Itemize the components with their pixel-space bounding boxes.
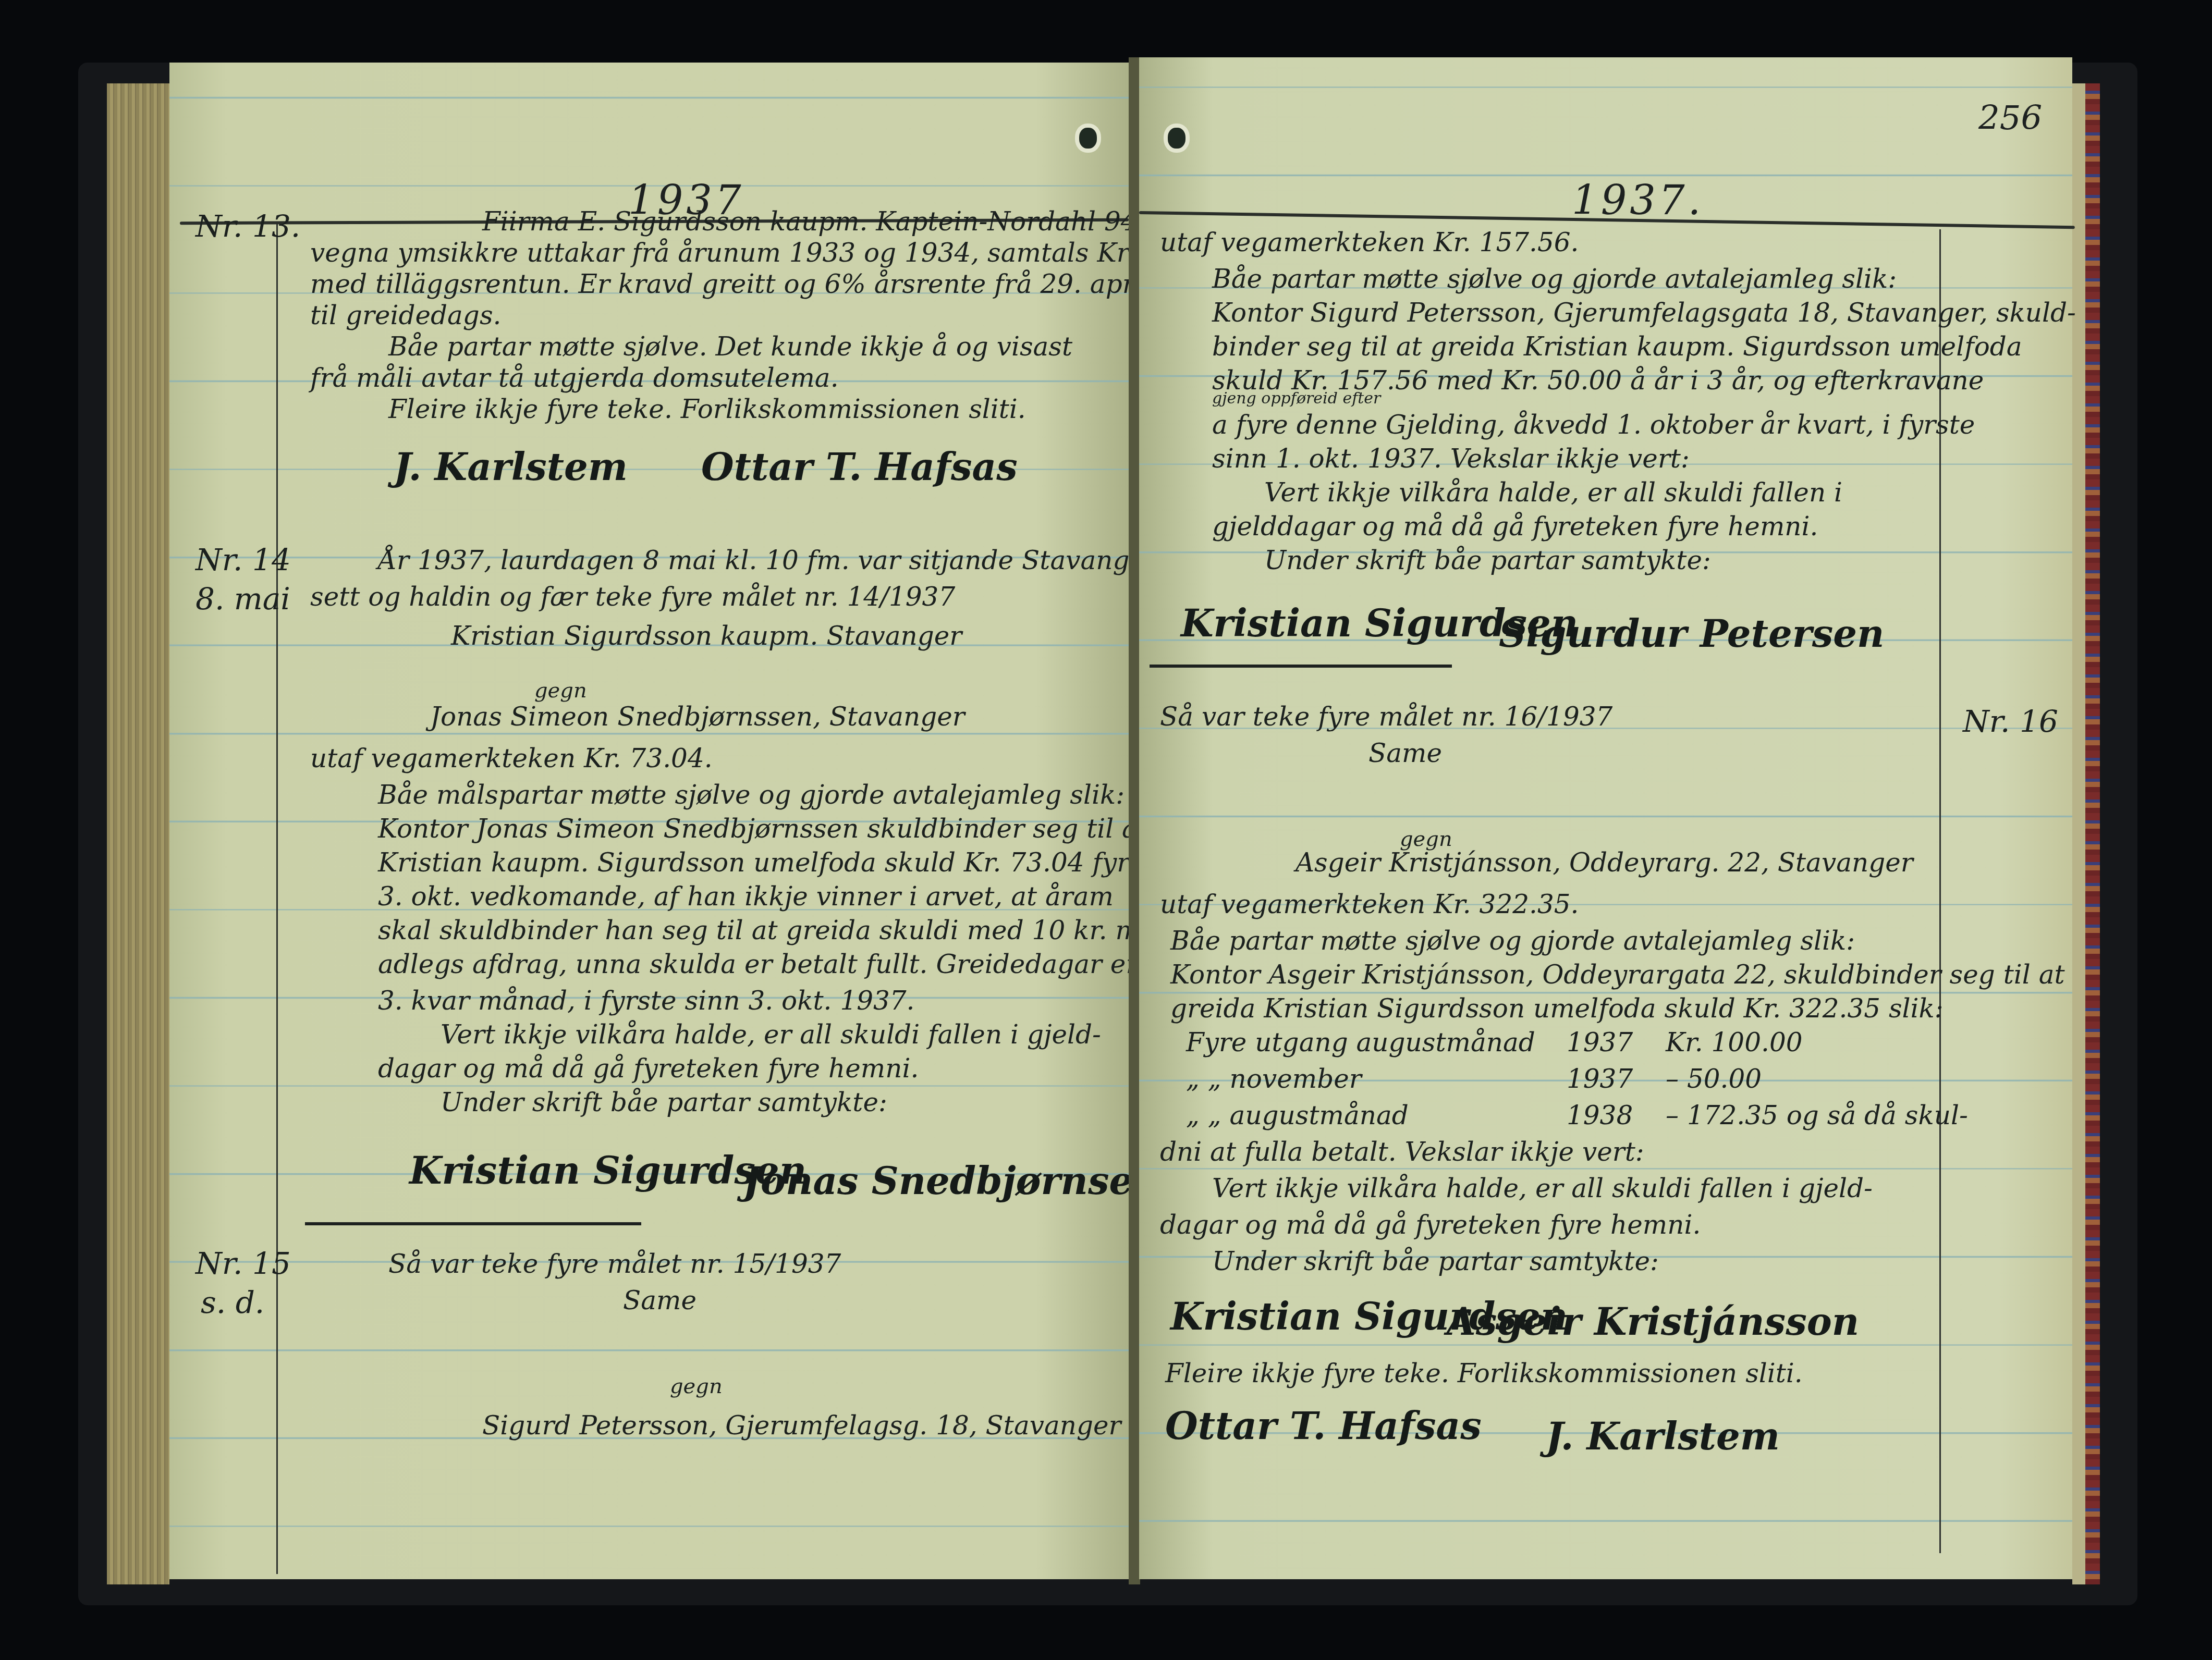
- margin-column-rule: [276, 224, 278, 1574]
- entry-line: sett og haldin og fær teke fyre målet nr…: [310, 584, 955, 610]
- entry-line: Båe partar møtte sjølve. Det kunde ikkje…: [388, 334, 1072, 360]
- schedule-year: 1937: [1567, 1029, 1633, 1055]
- entry-line: Kristian kaupm. Sigurdsson umelfoda skul…: [378, 850, 1145, 876]
- entry-line: Båe partar møtte sjølve og gjorde avtale…: [1212, 266, 1897, 292]
- schedule-label: Fyre utgang augustmånad: [1186, 1029, 1535, 1055]
- closing-line: Fleire ikkje fyre teke. Forlikskommissio…: [1165, 1360, 1803, 1386]
- entry-line: Så var teke fyre målet nr. 15/1937: [388, 1251, 841, 1277]
- entry-line: utaf vegamerkteken Kr. 73.04.: [310, 745, 713, 771]
- entry-line: dagar og må då gå fyreteken fyre hemni.: [378, 1055, 919, 1081]
- right-page: 1937. 256 utaf vegamerkteken Kr. 157.56.…: [1139, 57, 2072, 1579]
- entry-line: Asgeir Kristjánsson, Oddeyrarg. 22, Stav…: [1296, 850, 1913, 876]
- entry-number: Nr. 16: [1963, 706, 2058, 736]
- entry-line: Båe partar møtte sjølve og gjorde avtale…: [1170, 928, 1855, 954]
- entry-line: Vert ikkje vilkåra halde, er all skuldi …: [1264, 479, 1842, 506]
- signature: J. Karlstem: [1546, 1418, 1780, 1455]
- entry-number: Nr. 13.: [195, 211, 300, 241]
- signature-underline: [305, 1222, 641, 1225]
- entry-line: utaf vegamerkteken Kr. 322.35.: [1160, 891, 1579, 917]
- binding-hole: [1168, 128, 1186, 149]
- entry-line: Kontor Asgeir Kristjánsson, Oddeyrargata…: [1170, 962, 2065, 988]
- entry-line: 3. okt. vedkomande, af han ikkje vinner …: [378, 883, 1114, 909]
- entry-line: dagar og må då gå fyreteken fyre hemni.: [1160, 1212, 1701, 1238]
- entry-line: Sigurd Petersson, Gjerumfelagsg. 18, Sta…: [482, 1412, 1121, 1438]
- book-gutter: [1129, 57, 1140, 1584]
- entry-number: Nr. 15: [195, 1248, 291, 1278]
- signature: Jonas Snedbjørnsen: [743, 1162, 1160, 1200]
- entry-line: Vert ikkje vilkåra halde, er all skuldi …: [441, 1022, 1101, 1048]
- entry-line: frå måli avtar tå utgjerda domsutelema.: [310, 365, 839, 391]
- entry-line: Kontor Sigurd Petersson, Gjerumfelagsgat…: [1212, 300, 2076, 326]
- marbled-edge: [2085, 83, 2100, 1584]
- entry-line: med tilläggsrentun. Er kravd greitt og 6…: [310, 271, 1226, 297]
- page-stack-left: [107, 83, 169, 1584]
- page-number: 256: [1978, 99, 2042, 138]
- entry-line: greida Kristian Sigurdsson umelfoda skul…: [1170, 995, 1944, 1022]
- entry-line: Under skrift båe partar samtykte:: [1212, 1248, 1659, 1274]
- schedule-year: 1937: [1567, 1066, 1633, 1092]
- schedule-amount: – 172.35 og så då skul-: [1666, 1102, 1968, 1128]
- entry-line: År 1937, laurdagen 8 mai kl. 10 fm. var …: [378, 547, 1157, 573]
- signature: Ottar T. Hafsas: [1165, 1407, 1482, 1445]
- entry-line: Kontor Jonas Simeon Snedbjørnssen skuldb…: [378, 816, 1241, 842]
- entry-line: adlegs afdrag, unna skulda er betalt ful…: [378, 951, 1138, 977]
- entry-line: dni at fulla betalt. Vekslar ikkje vert:: [1160, 1139, 1644, 1165]
- gegen-label: gegn: [534, 680, 587, 701]
- entry-line: Båe målspartar møtte sjølve og gjorde av…: [378, 782, 1125, 808]
- schedule-label: „ „ november: [1186, 1066, 1362, 1092]
- gegen-label: gegn: [670, 1376, 723, 1397]
- entry-line: Jonas Simeon Snedbjørnssen, Stavanger: [430, 704, 965, 730]
- entry-number: Nr. 14: [195, 545, 291, 575]
- entry-line: Kristian Sigurdsson kaupm. Stavanger: [451, 623, 962, 649]
- entry-line: binder seg til at greida Kristian kaupm.…: [1212, 334, 2022, 360]
- schedule-amount: Kr. 100.00: [1666, 1029, 1803, 1055]
- entry-line: 3. kvar månad, i fyrste sinn 3. okt. 193…: [378, 988, 915, 1014]
- page-year: 1937.: [1572, 177, 1704, 224]
- entry-line: Fleire ikkje fyre teke. Forlikskommissio…: [388, 396, 1026, 422]
- entry-line: vegna ymsikkre uttakar frå årunum 1933 o…: [310, 240, 1234, 266]
- schedule-year: 1938: [1567, 1102, 1633, 1128]
- gegen-label: gegn: [1400, 829, 1452, 850]
- signature: Ottar T. Hafsas: [701, 448, 1018, 486]
- entry-line: Under skrift båe partar samtykte:: [441, 1089, 887, 1115]
- entry-line: sinn 1. okt. 1937. Vekslar ikkje vert:: [1212, 446, 1690, 472]
- entry-line: til greidedags.: [310, 302, 501, 328]
- entry-line: utaf vegamerkteken Kr. 157.56.: [1160, 229, 1579, 255]
- entry-line: gjelddagar og må då gå fyreteken fyre he…: [1212, 513, 1818, 539]
- interlinear-note: gjeng oppføreid efter: [1212, 391, 1380, 407]
- entry-line: a fyre denne Gjelding, åkvedd 1. oktober…: [1212, 412, 1975, 438]
- entry-line: skal skuldbinder han seg til at greida s…: [378, 917, 1181, 943]
- entry-date: 8. mai: [195, 584, 290, 614]
- entry-line: Under skrift båe partar samtykte:: [1264, 547, 1711, 573]
- signature: J. Karlstem: [394, 448, 628, 486]
- entry-line: Same: [1368, 740, 1442, 766]
- signature: Asgeir Kristjánsson: [1447, 1303, 1859, 1341]
- signature: Sigurdur Petersen: [1499, 615, 1884, 653]
- left-page: 1937 Nr. 13. Fiirma E. Sigurdsson kaupm.…: [169, 63, 1131, 1579]
- signature-underline: [1150, 665, 1452, 668]
- entry-line: Vert ikkje vilkåra halde, er all skuldi …: [1212, 1175, 1873, 1201]
- entry-line: Så var teke fyre målet nr. 16/1937: [1160, 704, 1612, 730]
- binding-hole: [1079, 128, 1097, 149]
- schedule-label: „ „ augustmånad: [1186, 1102, 1409, 1128]
- entry-date: s. d.: [201, 1287, 264, 1318]
- entry-line: Same: [623, 1287, 696, 1313]
- schedule-amount: – 50.00: [1666, 1066, 1762, 1092]
